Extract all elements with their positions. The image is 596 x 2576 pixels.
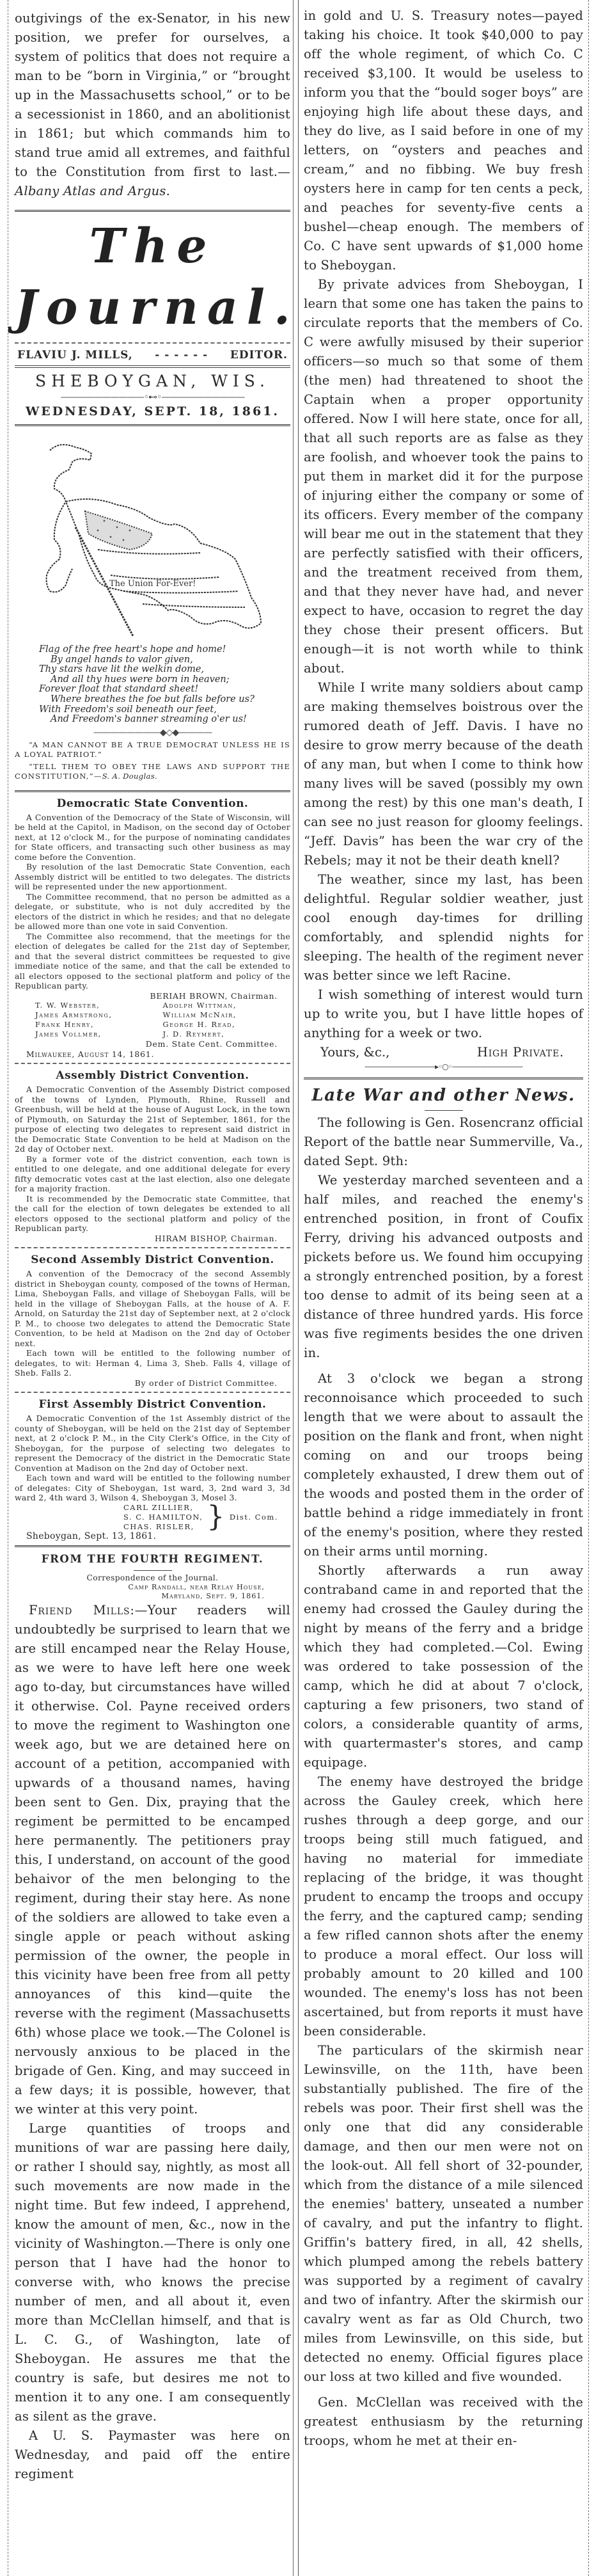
paragraph: It is recommended by the Democratic stat… xyxy=(15,1194,290,1234)
poem-line: Thy stars have lit the welkin dome, xyxy=(39,665,290,675)
committee-list: CARL ZILLIER, S. C. HAMILTON, CHAS. RISL… xyxy=(123,1503,203,1532)
paragraph: A U. S. Paymaster was here on Wednesday,… xyxy=(15,2426,290,2484)
short-rule xyxy=(425,1110,463,1111)
dateline: Sheboygan, Sept. 13, 1861. xyxy=(15,1532,290,1542)
dateline-date: WEDNESDAY, SEPT. 18, 1861. xyxy=(15,402,290,420)
douglas-quotes: “A MAN CANNOT BE A TRUE DEMOCRAT UNLESS … xyxy=(15,740,290,781)
ornament-divider: ————————◆◇◆———— xyxy=(15,727,290,738)
committee-member: Frank Henry, xyxy=(35,1020,163,1030)
committee-member: CHAS. RISLER, xyxy=(123,1522,203,1532)
paragraph: By resolution of the last Democratic Sta… xyxy=(15,862,290,892)
paragraph: Shortly afterwards a run away contraband… xyxy=(304,1561,583,1772)
dateline-city: SHEBOYGAN, WIS. xyxy=(15,370,290,392)
page-edge-rule xyxy=(588,0,590,2576)
district-committee: CARL ZILLIER, S. C. HAMILTON, CHAS. RISL… xyxy=(15,1503,290,1532)
poem-line: And all thy hues were born in heaven; xyxy=(39,675,290,685)
paragraph: We yesterday marched seventeen and a hal… xyxy=(304,1171,583,1363)
committee-member: J. D. Reymert, xyxy=(163,1030,291,1039)
quote-attribution: S. A. Douglas. xyxy=(102,772,157,781)
flag-icon: The Union For-Ever! xyxy=(15,431,290,642)
letter-signoff: Yours, &c., High Private. xyxy=(304,1043,583,1062)
correspondence-line: Correspondence of the Journal. xyxy=(15,1573,290,1583)
paragraph: By a former vote of the district convent… xyxy=(15,1154,290,1194)
short-rule xyxy=(134,1570,172,1571)
committee-member: William McNair, xyxy=(163,1010,291,1020)
ornament-divider: ——————————▸◦○◦—————————— xyxy=(304,1062,583,1071)
committee-member: George H. Read, xyxy=(163,1020,291,1030)
section-heading: First Assembly District Convention. xyxy=(15,1397,290,1412)
salutation: Friend Mills: xyxy=(29,1603,135,1618)
divider xyxy=(15,367,290,368)
paragraph: I wish something of interest would turn … xyxy=(304,985,583,1043)
committee-member: CARL ZILLIER, xyxy=(123,1503,203,1513)
intro-paragraph: outgivings of the ex-Senator, in his new… xyxy=(15,9,290,201)
intro-source: Albany Atlas and Argus. xyxy=(15,184,170,198)
state-convention-notice: Democratic State Convention. A Conventio… xyxy=(15,796,290,1060)
poem-line: Forever float that standard sheet! xyxy=(39,685,290,695)
paragraph: The weather, since my last, has been del… xyxy=(304,870,583,985)
paragraph: The Committee recommend, that no person … xyxy=(15,892,290,932)
section-heading: Late War and other News. xyxy=(304,1083,583,1108)
paragraph: The enemy have destroyed the bridge acro… xyxy=(304,1772,583,2041)
war-news: Late War and other News. The following i… xyxy=(304,1083,583,2451)
divider xyxy=(15,210,290,212)
paragraph: in gold and U. S. Treasury notes—payed t… xyxy=(304,6,583,275)
committee-member: James Armstrong, xyxy=(35,1010,163,1020)
editor-line: FLAVIU J. MILLS, - - - - - - EDITOR. xyxy=(15,347,290,363)
divider xyxy=(15,1545,290,1547)
place-line: Camp Randall, near Relay House, xyxy=(15,1583,290,1592)
newspaper-title: The Journal. xyxy=(15,216,290,338)
masthead: The Journal. FLAVIU J. MILLS, - - - - - … xyxy=(15,216,290,426)
paragraph: The Committee also recommend, that the m… xyxy=(15,932,290,991)
poem-line: Flag of the free heart's hope and home! xyxy=(39,645,290,655)
divider xyxy=(15,365,290,366)
assembly-convention-notice: Assembly District Convention. A Democrat… xyxy=(15,1068,290,1243)
fourth-regiment-letter: FROM THE FOURTH REGIMENT. Correspondence… xyxy=(15,1551,290,2484)
poem-line: Where breathes the foe but falls before … xyxy=(39,695,290,705)
paragraph: Friend Mills:—Your readers will undoubte… xyxy=(15,1601,290,2119)
quote-2: “TELL THEM TO OBEY THE LAWS AND SUPPORT … xyxy=(15,762,290,781)
paragraph: By private advices from Sheboygan, I lea… xyxy=(304,275,583,678)
paragraph: A Democratic Convention of the Assembly … xyxy=(15,1085,290,1154)
editor-dashes: - - - - - - xyxy=(155,347,208,363)
poem: Flag of the free heart's hope and home! … xyxy=(15,645,290,725)
paragraph: Each town and ward will be entitled to t… xyxy=(15,1473,290,1503)
divider xyxy=(15,1063,290,1064)
paragraph: A Convention of the Democracy of the Sta… xyxy=(15,813,290,863)
paragraph: Large quantities of troops and munitions… xyxy=(15,2119,290,2426)
divider xyxy=(15,1247,290,1248)
first-assembly-notice: First Assembly District Convention. A De… xyxy=(15,1397,290,1541)
divider xyxy=(304,1077,583,1079)
section-heading: Democratic State Convention. xyxy=(15,796,290,811)
signature: High Private. xyxy=(477,1043,564,1062)
editor-name: FLAVIU J. MILLS, xyxy=(17,347,133,363)
closing: Yours, &c., xyxy=(320,1043,389,1062)
poem-line: By angel hands to valor given, xyxy=(39,655,290,665)
intro-text: outgivings of the ex-Senator, in his new… xyxy=(15,11,290,179)
section-heading: Second Assembly District Convention. xyxy=(15,1252,290,1268)
order-signature: By order of District Committee. xyxy=(15,1378,290,1388)
quote-1: “A MAN CANNOT BE A TRUE DEMOCRAT UNLESS … xyxy=(15,740,290,759)
divider xyxy=(15,342,290,344)
paragraph: While I write many soldiers about camp a… xyxy=(304,678,583,870)
committee-label: Dem. State Cent. Committee. xyxy=(15,1039,290,1049)
second-assembly-notice: Second Assembly District Convention. A c… xyxy=(15,1252,290,1388)
paragraph: The following is Gen. Rosencranz officia… xyxy=(304,1113,583,1171)
letter-continued: in gold and U. S. Treasury notes—payed t… xyxy=(304,0,583,1071)
section-heading: Assembly District Convention. xyxy=(15,1068,290,1083)
paragraph: Gen. McClellan was received with the gre… xyxy=(304,2393,583,2451)
place-line: Maryland, Sept. 9, 1861. xyxy=(15,1592,290,1601)
poem-line: With Freedom's soil beneath our feet, xyxy=(39,705,290,715)
divider xyxy=(15,1392,290,1393)
chairman-signature: HIRAM BISHOP, Chairman. xyxy=(15,1234,290,1244)
paragraph: A Democratic Convention of the 1st Assem… xyxy=(15,1413,290,1473)
poem-line: And Freedom's banner streaming o'er us! xyxy=(39,715,290,725)
paragraph: The particulars of the skirmish near Lew… xyxy=(304,2041,583,2387)
ornament-divider: ——————————◦⊷◦—————————— xyxy=(15,392,290,402)
brace-glyph: } xyxy=(207,1503,226,1531)
committee-member: T. W. Webster, xyxy=(35,1001,163,1010)
intro-article: outgivings of the ex-Senator, in his new… xyxy=(15,0,290,201)
editor-label: EDITOR. xyxy=(230,347,288,363)
union-flag-illustration: The Union For-Ever! xyxy=(15,431,290,642)
committee-label: Dist. Com. xyxy=(230,1513,278,1522)
flag-banner-text: The Union For-Ever! xyxy=(109,579,196,589)
dateline: Milwaukee, August 14, 1861. xyxy=(15,1049,290,1060)
committee-member: James Vollmer, xyxy=(35,1030,163,1039)
paragraph: Each town will be entitled to the follow… xyxy=(15,1348,290,1378)
left-column: outgivings of the ex-Senator, in his new… xyxy=(8,0,294,2576)
chairman-signature: BERIAH BROWN, Chairman. xyxy=(15,991,290,1001)
paragraph-text: —Your readers will undoubtedly be surpri… xyxy=(15,1603,290,2117)
right-column: in gold and U. S. Treasury notes—payed t… xyxy=(298,0,587,2576)
divider xyxy=(15,790,290,792)
committee-member: Adolph Wittman, xyxy=(163,1001,291,1010)
committee-names: T. W. Webster, Adolph Wittman, James Arm… xyxy=(15,1001,290,1039)
paragraph: At 3 o'clock we began a strong reconnois… xyxy=(304,1369,583,1561)
committee-member: S. C. HAMILTON, xyxy=(123,1513,203,1522)
paragraph: A convention of the Democracy of the sec… xyxy=(15,1269,290,1348)
section-heading: FROM THE FOURTH REGIMENT. xyxy=(15,1551,290,1568)
divider xyxy=(15,424,290,426)
